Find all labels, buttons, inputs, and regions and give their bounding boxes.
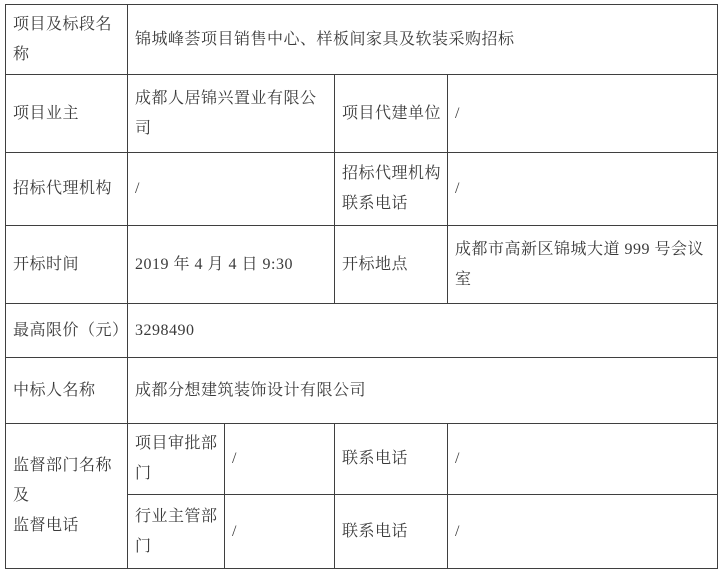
row-opening: 开标时间 2019 年 4 月 4 日 9:30 开标地点 成都市高新区锦城大道… (6, 226, 718, 304)
owner-label-cell: 项目业主 (6, 75, 128, 153)
opening-place-label-cell: 开标地点 (335, 226, 448, 304)
supervision-label-cell: 监督部门名称及 监督电话 (6, 424, 128, 569)
industry-phone-value-cell: / (448, 495, 718, 569)
row-owner: 项目业主 成都人居锦兴置业有限公 司 项目代建单位 / (6, 75, 718, 153)
agent-unit-value-cell: / (448, 75, 718, 153)
approval-phone-label-cell: 联系电话 (335, 424, 448, 495)
agency-value-cell: / (128, 153, 335, 226)
industry-dept-label-cell: 行业主管部 门 (128, 495, 225, 569)
document-page: 项目及标段名 称 锦城峰荟项目销售中心、样板间家具及软装采购招标 项目业主 成都… (0, 0, 723, 574)
approval-dept-label-cell: 项目审批部 门 (128, 424, 225, 495)
project-name-label-cell: 项目及标段名 称 (6, 5, 128, 75)
agency-phone-label-cell: 招标代理机构 联系电话 (335, 153, 448, 226)
approval-dept-value-cell: / (225, 424, 335, 495)
row-price-limit: 最高限价（元） 3298490 (6, 304, 718, 358)
opening-place-value-cell: 成都市高新区锦城大道 999 号会议 室 (448, 226, 718, 304)
row-supervision-approval: 监督部门名称及 监督电话 项目审批部 门 / 联系电话 / (6, 424, 718, 495)
agency-label-cell: 招标代理机构 (6, 153, 128, 226)
winner-label-cell: 中标人名称 (6, 358, 128, 424)
project-name-value-cell: 锦城峰荟项目销售中心、样板间家具及软装采购招标 (128, 5, 718, 75)
owner-value-cell: 成都人居锦兴置业有限公 司 (128, 75, 335, 153)
agent-unit-label-cell: 项目代建单位 (335, 75, 448, 153)
approval-phone-value-cell: / (448, 424, 718, 495)
industry-dept-value-cell: / (225, 495, 335, 569)
opening-time-label-cell: 开标时间 (6, 226, 128, 304)
tender-info-table: 项目及标段名 称 锦城峰荟项目销售中心、样板间家具及软装采购招标 项目业主 成都… (5, 4, 718, 569)
row-project-name: 项目及标段名 称 锦城峰荟项目销售中心、样板间家具及软装采购招标 (6, 5, 718, 75)
price-limit-label-cell: 最高限价（元） (6, 304, 128, 358)
price-limit-value-cell: 3298490 (128, 304, 718, 358)
opening-time-value-cell: 2019 年 4 月 4 日 9:30 (128, 226, 335, 304)
row-winner: 中标人名称 成都分想建筑装饰设计有限公司 (6, 358, 718, 424)
row-agency: 招标代理机构 / 招标代理机构 联系电话 / (6, 153, 718, 226)
winner-value-cell: 成都分想建筑装饰设计有限公司 (128, 358, 718, 424)
agency-phone-value-cell: / (448, 153, 718, 226)
industry-phone-label-cell: 联系电话 (335, 495, 448, 569)
